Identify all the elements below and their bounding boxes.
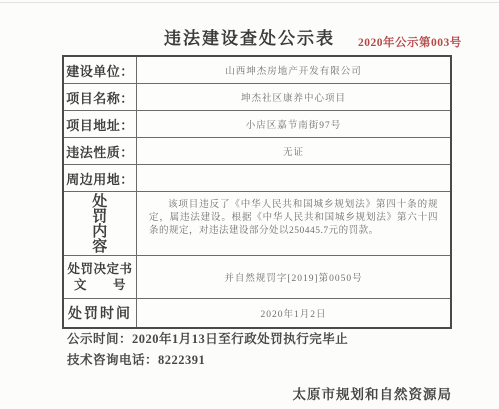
publicity-time-line: 公示时间：2020年1月13日至行政处罚执行完毕止 — [67, 329, 348, 347]
table-row-penalty-content: 处 罚 内 容 该项目违反了《中华人民共和国城乡规划法》第四十条的规定，属违法建… — [64, 191, 450, 255]
penalty-label-char: 容 — [92, 240, 108, 255]
row-label: 建设单位： — [64, 57, 137, 83]
table-row-surrounding-land: 周边用地： — [64, 164, 450, 191]
publicity-time-value: 2020年1月13日至行政处罚执行完毕止 — [132, 332, 348, 346]
penalty-label-char: 内 — [92, 225, 108, 240]
row-value — [137, 165, 450, 191]
notice-table: 建设单位： 山西坤杰房地产开发有限公司 项目名称： 坤杰社区康养中心项目 项目地… — [62, 55, 452, 329]
row-label: 周边用地： — [64, 165, 137, 191]
row-value: 无证 — [137, 138, 450, 164]
decision-label-char: 号 — [113, 277, 126, 293]
notice-number: 2020年公示第003号 — [358, 34, 462, 50]
penalty-time-label: 处罚时间 — [64, 299, 137, 327]
decision-doc-value: 并自然规罚字[2019]第0050号 — [137, 256, 450, 298]
decision-doc-label: 处罚决定书 文 号 — [64, 256, 137, 298]
penalty-content-label: 处 罚 内 容 — [64, 192, 137, 255]
penalty-label-char: 罚 — [92, 210, 108, 225]
row-label: 项目地址： — [64, 111, 137, 137]
row-label: 项目名称： — [64, 84, 137, 110]
penalty-label-char: 处 — [92, 195, 108, 210]
row-value: 山西坤杰房地产开发有限公司 — [137, 57, 450, 83]
decision-label-line1: 处罚决定书 — [67, 261, 132, 277]
row-label: 违法性质： — [64, 138, 137, 164]
decision-label-char: 文 — [74, 277, 87, 293]
table-row-penalty-time: 处罚时间 2020年1月2日 — [64, 298, 450, 327]
technical-phone-value: 8222391 — [158, 353, 205, 367]
table-row-construction-unit: 建设单位： 山西坤杰房地产开发有限公司 — [64, 57, 450, 83]
technical-phone-label: 技术咨询电话： — [67, 353, 158, 367]
table-row-project-address: 项目地址： 小店区嘉节南街97号 — [64, 110, 450, 137]
publicity-time-label: 公示时间： — [67, 332, 132, 346]
penalty-content-text: 该项目违反了《中华人民共和国城乡规划法》第四十条的规定，属违法建设。根据《中华人… — [137, 192, 450, 238]
issuing-agency: 太原市规划和自然资源局 — [293, 383, 453, 403]
technical-phone-line: 技术咨询电话：8222391 — [67, 350, 205, 368]
row-value: 小店区嘉节南街97号 — [137, 111, 450, 137]
table-row-project-name: 项目名称： 坤杰社区康养中心项目 — [64, 83, 450, 110]
table-row-violation-nature: 违法性质： 无证 — [64, 137, 450, 164]
penalty-time-value: 2020年1月2日 — [137, 299, 450, 327]
penalty-content-cell: 该项目违反了《中华人民共和国城乡规划法》第四十条的规定，属违法建设。根据《中华人… — [137, 192, 450, 255]
table-row-decision-number: 处罚决定书 文 号 并自然规罚字[2019]第0050号 — [64, 255, 450, 298]
decision-label-line2: 文 号 — [74, 277, 126, 293]
page-top-divider — [0, 2, 499, 3]
row-value: 坤杰社区康养中心项目 — [137, 84, 450, 110]
